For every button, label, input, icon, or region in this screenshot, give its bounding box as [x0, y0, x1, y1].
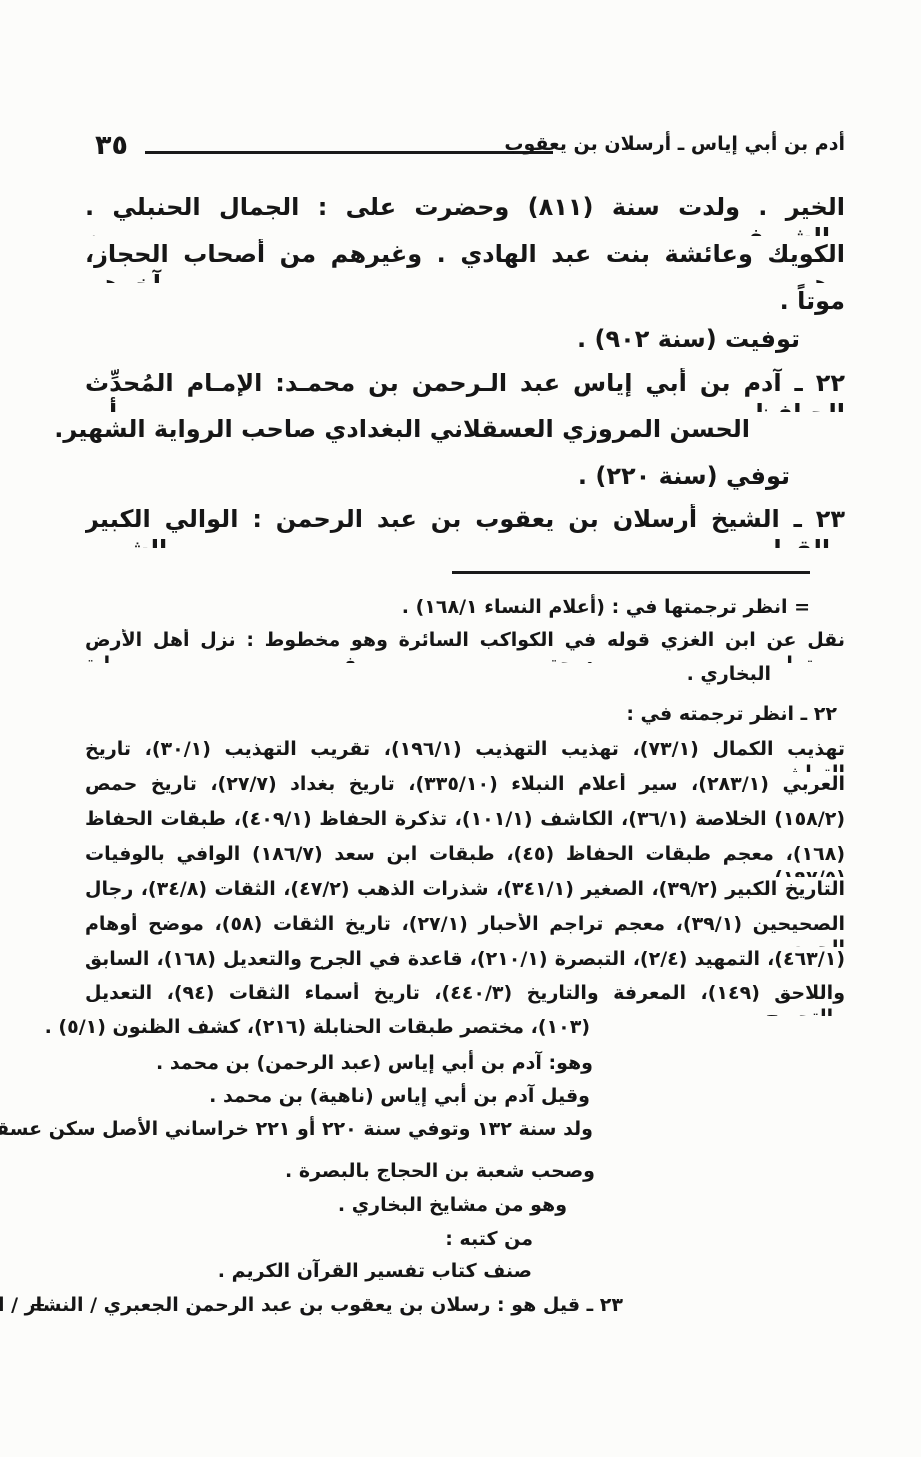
body-line-8: ٢٣ ـ الشيخ أرسلان بن يعقوب بن عبد الرحمن…: [85, 504, 845, 548]
footnote-line-10: الصحيحين (٣٩/١)، معجم تراجم الأحبار (٢٧/…: [85, 913, 845, 947]
footnote-line-18: وهو من مشايخ البخاري .: [338, 1194, 567, 1218]
footnote-line-20: صنف كتاب تفسير القرآن الكريم .: [218, 1260, 532, 1284]
footnote-line-6: العربي (٢٨٣/١)، سير أعلام النبلاء (٣٣٥/١…: [85, 773, 845, 797]
footnote-line-19: من كتبه :: [445, 1228, 533, 1252]
header-title: أدم بن أبي إياس ـ أرسلان بن يعقوب: [504, 133, 845, 155]
footnote-line-15: وقيل آدم بن أبي إياس (ناهية) بن محمد .: [209, 1085, 590, 1109]
book-page: ٣٥ أدم بن أبي إياس ـ أرسلان بن يعقوب الخ…: [0, 0, 921, 1457]
body-line-2: الكويك وعائشة بنت عبد الهادي . وغيرهم من…: [85, 239, 845, 283]
footnote-line-14: وهو: آدم بن أبي إياس (عبد الرحمن) بن محم…: [156, 1052, 593, 1076]
footnote-continuation-marker: =: [30, 1296, 46, 1318]
footnote-line-2: نقل عن ابن الغزي قوله في الكواكب السائرة…: [85, 629, 845, 663]
header-rule: [145, 151, 553, 154]
body-line-4: توفيت (سنة ٩٠٢) .: [577, 324, 800, 354]
body-line-1: الخير . ولدت سنة (٨١١) وحضرت على : الجما…: [85, 192, 845, 236]
footnote-line-8: (١٦٨)، معجم طبقات الحفاظ (٤٥)، طبقات ابن…: [85, 843, 845, 877]
footnote-line-16: ولد سنة ١٣٢ وتوفي سنة ٢٢٠ أو ٢٢١ خراساني…: [0, 1118, 593, 1142]
page-number: ٣٥: [95, 130, 128, 161]
footnote-line-7: (١٥٨/٢) الخلاصة (٣٦/١)، الكاشف (١٠١/١)، …: [85, 808, 845, 832]
body-line-3: موتاً .: [780, 286, 845, 316]
footnote-line-3: البخاري .: [687, 663, 771, 687]
footnote-line-13: (١٠٣)، مختصر طبقات الحنابلة (٢١٦)، كشف ا…: [45, 1016, 590, 1040]
footnote-line-1: = انظر ترجمتها في : (أعلام النساء ١٦٨/١)…: [402, 596, 810, 620]
footnote-line-21: ٢٣ ـ قيل هو : رسلان بن يعقوب بن عبد الرح…: [0, 1294, 623, 1318]
footnote-line-4: ٢٢ ـ انظر ترجمته في :: [626, 703, 837, 727]
footnote-line-12: واللاحق (١٤٩)، المعرفة والتاريخ (٤٤٠/٣)،…: [85, 982, 845, 1016]
footnote-line-17: وصحب شعبة بن الحجاج بالبصرة .: [285, 1160, 595, 1184]
body-line-6: الحسن المروزي العسقلاني البغدادي صاحب ال…: [54, 414, 750, 444]
footnote-line-9: التاريخ الكبير (٣٩/٢)، الصغير (٣٤١/١)، ش…: [85, 878, 845, 902]
body-line-5: ٢٢ ـ آدم بن أبي إياس عبد الـرحمن بن محمـ…: [85, 368, 845, 412]
footnote-separator-rule: [452, 571, 810, 574]
footnote-line-11: (٤٦٣/١)، التمهيد (٢/٤)، التبصرة (٢١٠/١)،…: [85, 948, 845, 972]
footnote-line-5: تهذيب الكمال (٧٣/١)، تهذيب التهذيب (١٩٦/…: [85, 738, 845, 772]
body-line-7: توفي (سنة ٢٢٠) .: [578, 461, 790, 491]
